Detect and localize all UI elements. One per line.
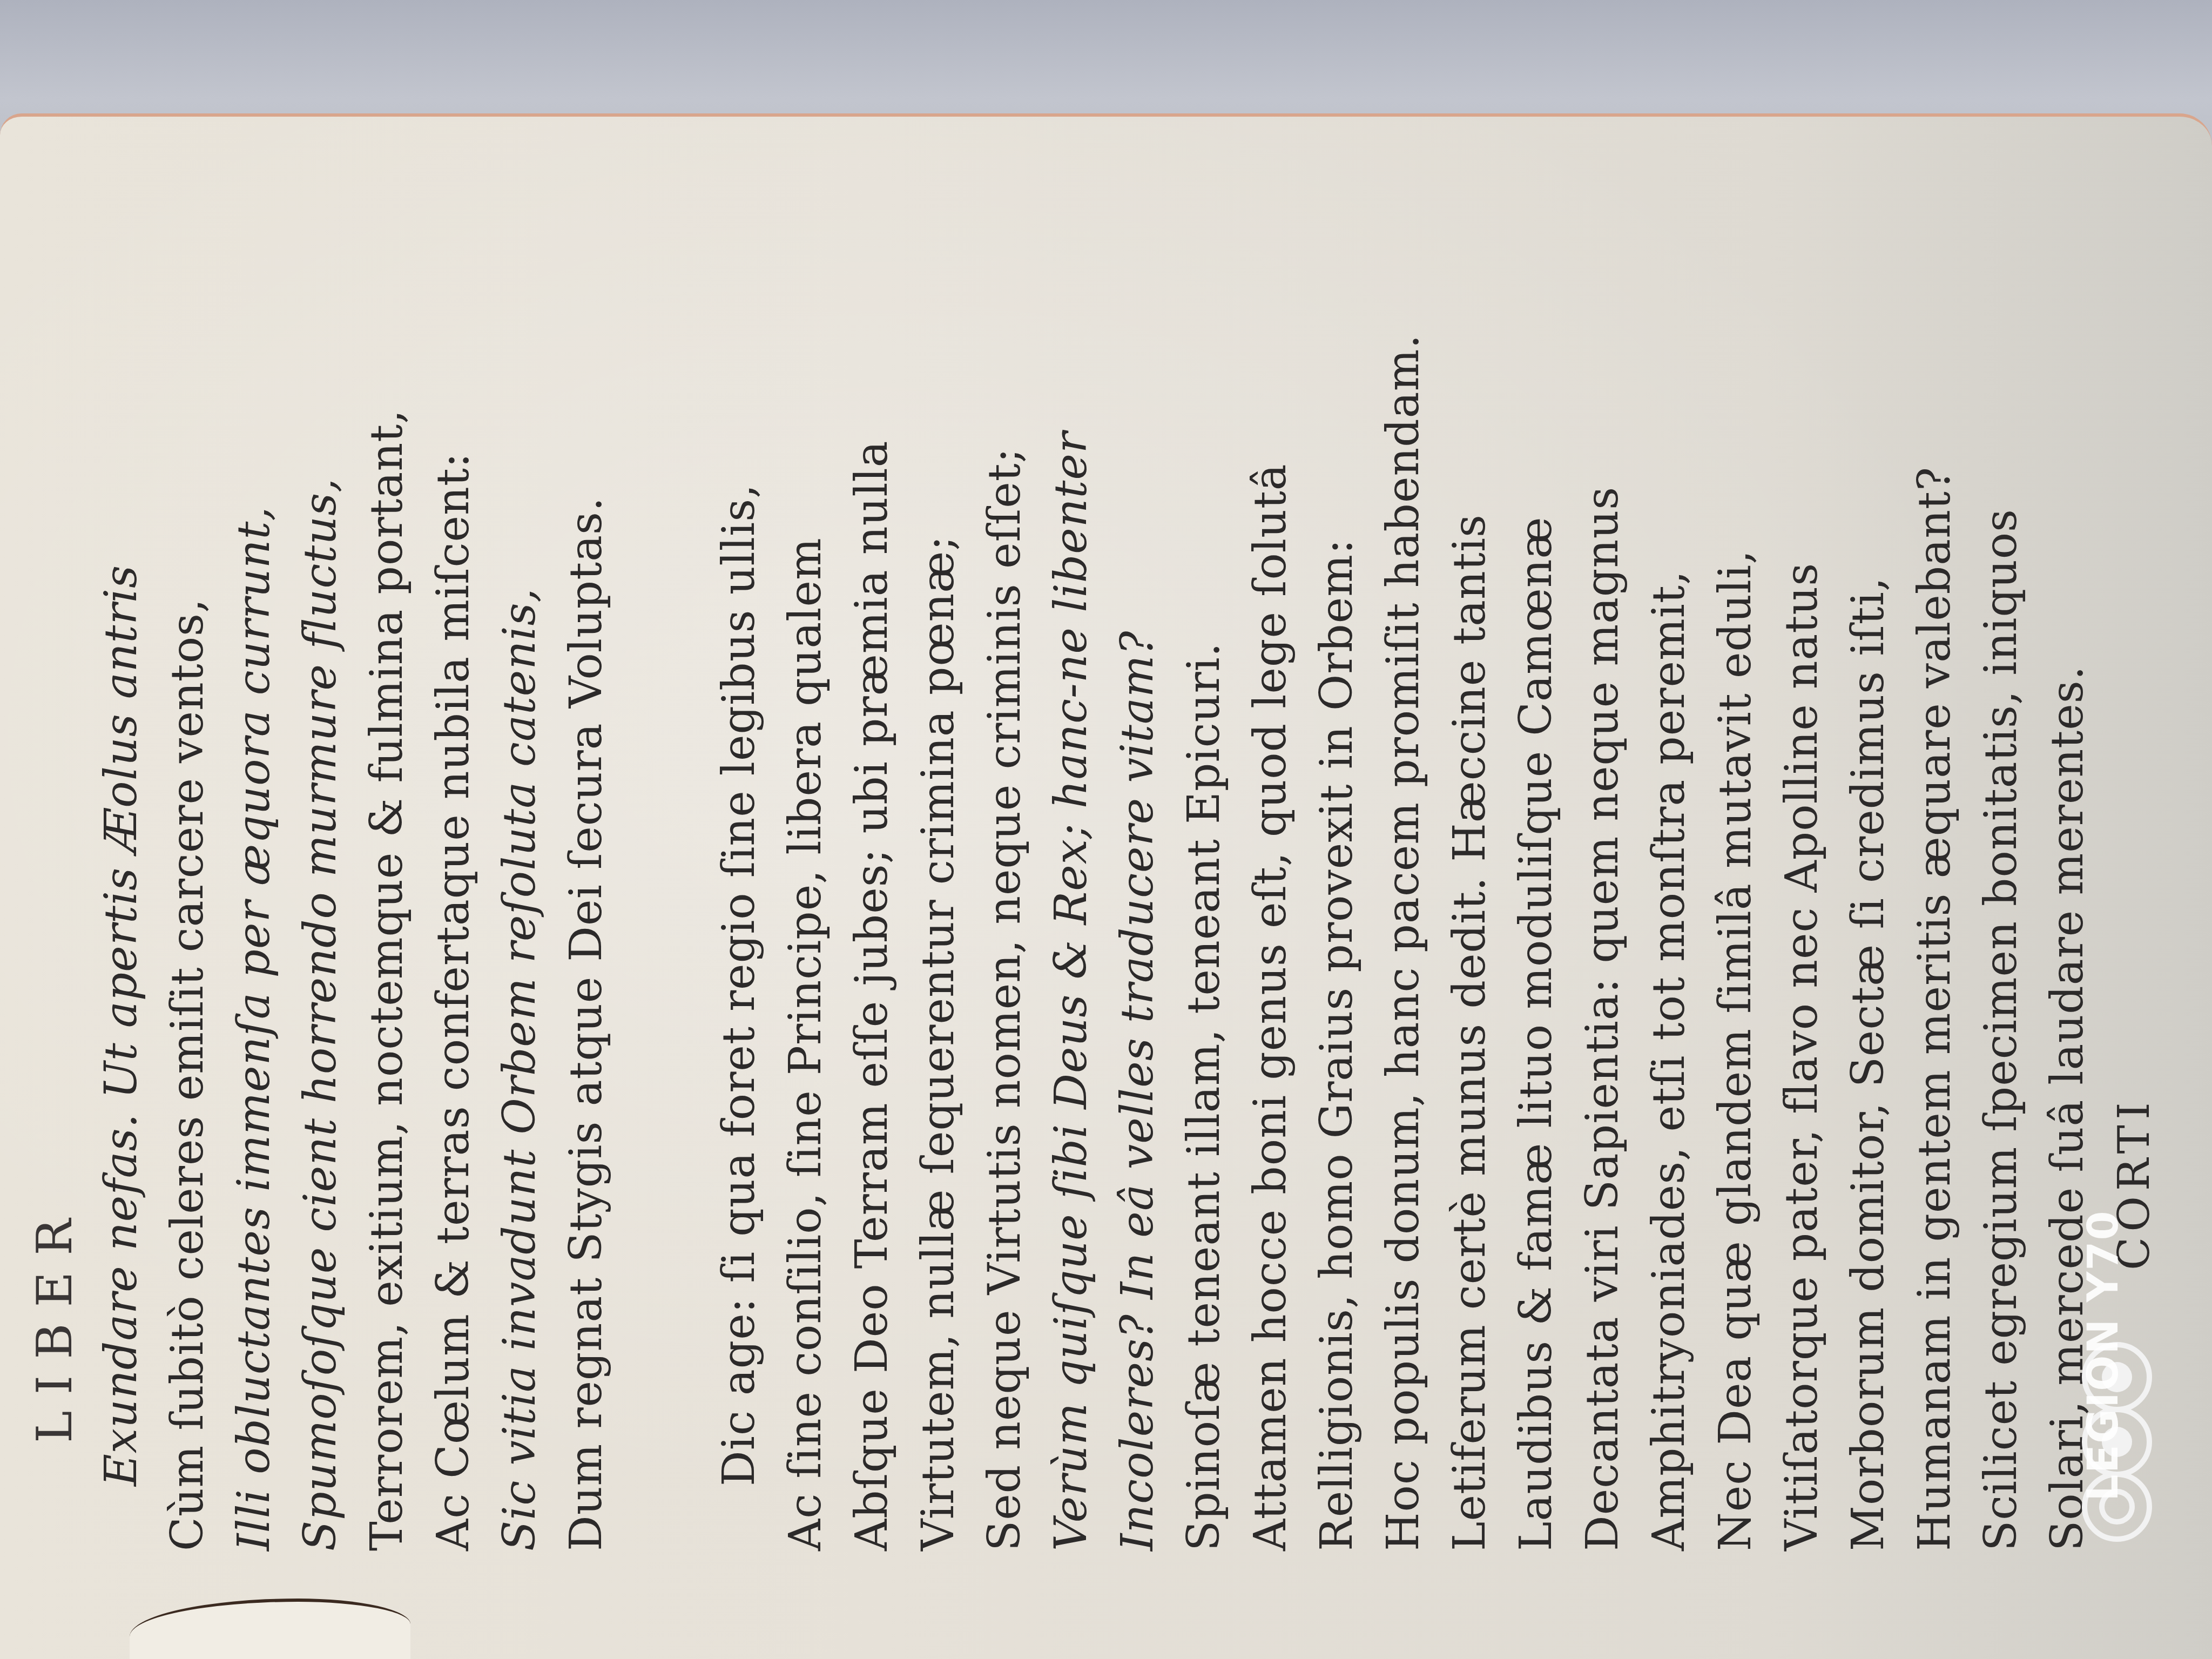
verse-line: Morborum domitor, Sectæ ſi credimus iſti… — [1835, 114, 1901, 1627]
verse-line: Sed neque Virtutis nomen, neque criminis… — [972, 114, 1038, 1627]
verse-line: Decantata viri Sapientia: quem neque mag… — [1569, 114, 1636, 1627]
rotated-text-frame: LIBER Exundare nefas. Ut apertis Æolus a… — [0, 93, 2212, 1659]
running-header: LIBER — [22, 114, 88, 1627]
verse-line: Laudibus & famæ lituo moduliſque Camœnæ — [1503, 114, 1569, 1627]
watermark-label: LEGION Y70 — [2079, 1210, 2128, 1501]
verse-line: Exundare nefas. Ut apertis Æolus antris — [88, 114, 154, 1627]
stanza-2: Dic age: ſi qua foret regio ſine legibus… — [706, 114, 2101, 1627]
verse-line: Dic age: ſi qua foret regio ſine legibus… — [706, 114, 772, 1627]
verse-line: Amphitryoniades, etſi tot monſtra peremi… — [1636, 114, 1702, 1627]
verse-line: Attamen hocce boni genus eſt, quod lege … — [1237, 114, 1304, 1627]
verse-line: Illi obluctantes immenſa per æquora curr… — [221, 114, 287, 1627]
verse-line: Spumoſoſque cient horrendo murmure fluct… — [287, 114, 354, 1627]
verse-line: Cùm ſubitò celeres emiſit carcere ventos… — [154, 114, 221, 1627]
verse-line: Ac Cœlum & terras confertaque nubila miſ… — [420, 114, 487, 1627]
verse-line: Abſque Deo Terram eſſe jubes; ubi præmia… — [839, 114, 905, 1627]
stanza-gap — [619, 114, 706, 1627]
verse-line: Verùm quiſque ſibi Deus & Rex; hanc-ne l… — [1038, 114, 1104, 1627]
verse-line: Humanam in gentem meritis æquare valeban… — [1901, 114, 1968, 1627]
verse-line: Virtutem, nullæ ſequerentur crimina pœnæ… — [905, 114, 972, 1627]
page-text: LIBER Exundare nefas. Ut apertis Æolus a… — [22, 114, 2167, 1627]
verse-line: Hoc populis donum, hanc pacem promiſit h… — [1370, 114, 1437, 1627]
verse-line: Letiferum certè munus dedit. Hæccine tan… — [1437, 114, 1503, 1627]
verse-line: Spinoſæ teneant illam, teneant Epicuri. — [1171, 114, 1237, 1627]
verse-line: Ac ſine conſilio, ſine Principe, libera … — [772, 114, 839, 1627]
verse-line: Incoleres? In eâ velles traducere vitam? — [1104, 114, 1171, 1627]
verse-line: Relligionis, homo Graius provexit in Orb… — [1304, 114, 1370, 1627]
verse-line: Vitiſatorque pater, flavo nec Apolline n… — [1769, 114, 1835, 1627]
verse-line: Sic vitia invadunt Orbem reſoluta cateni… — [487, 114, 553, 1627]
stanza-1: Exundare nefas. Ut apertis Æolus antris … — [88, 114, 619, 1627]
verse-line: Dum regnat Stygis atque Dei ſecura Volup… — [553, 114, 619, 1627]
camera-watermark: LEGION Y70 — [2068, 1328, 2166, 1653]
verse-line: Scilicet egregium ſpecimen bonitatis, in… — [1968, 114, 2034, 1627]
verse-line: Terrorem, exitium, noctemque & fulmina p… — [354, 114, 420, 1627]
verse-line: Nec Dea quæ glandem ſimilâ mutavit eduli… — [1702, 114, 1769, 1627]
